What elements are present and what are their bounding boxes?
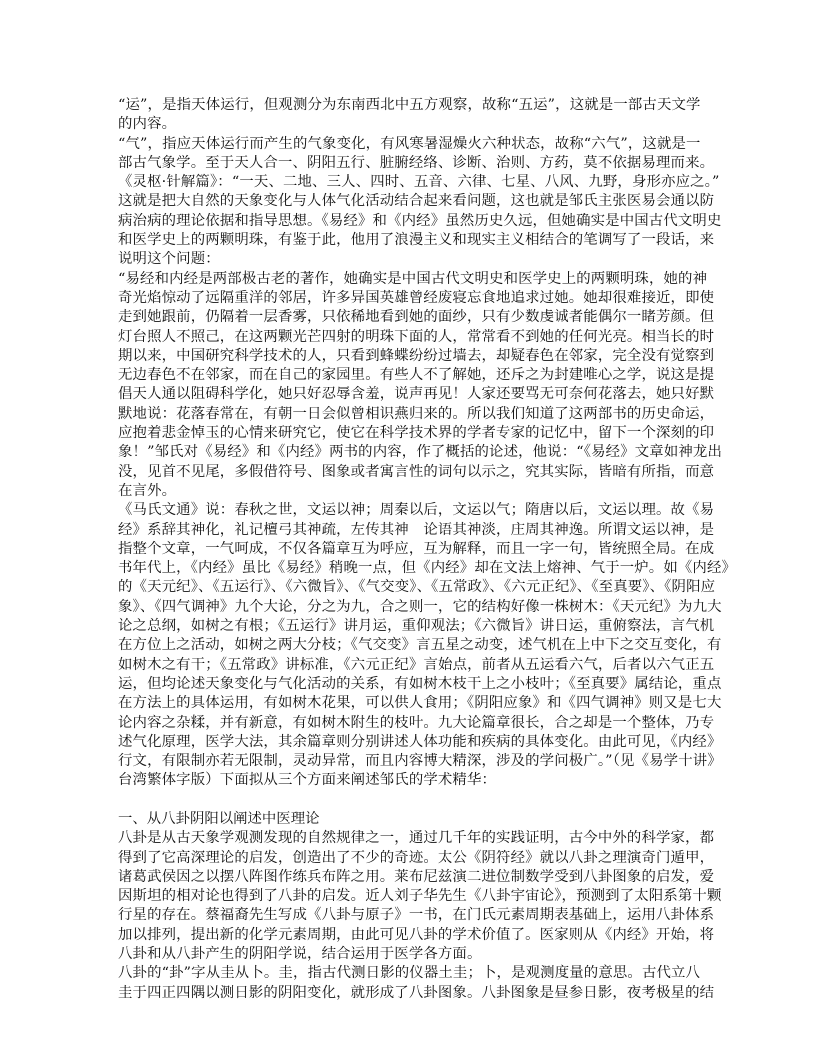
text-line: 得到了它高深理论的启发，创造出了不少的奇迹。太公《阴符经》就以八卦之理演奇门遁甲…: [118, 849, 698, 868]
text-line: 的内容。: [118, 115, 698, 134]
text-line: 台湾繁体字版）下面拟从三个方面来阐述邹氏的学术精华：: [118, 771, 698, 790]
text-line: 行星的存在。蔡福裔先生写成《八卦与原子》一书，在门氏元素周期表基础上，运用八卦体…: [118, 906, 698, 925]
paragraph-quote: “易经和内经是两部极古老的著作，她确实是中国古代文明史和医学史上的两颗明珠，她的…: [118, 270, 698, 502]
text-line: 期以来，中国研究科学技术的人，只看到蜂蝶纷纷过墙去，却疑春色在邻家，完全没有觉察…: [118, 347, 698, 366]
text-line: 因斯坦的相对论也得到了八卦的启发。近人刘子华先生《八卦宇宙论》，预测到了太阳系第…: [118, 887, 698, 906]
paragraph-mashiwentong: 《马氏文通》说：春秋之世，文运以神；周秦以后，文运以气；隋唐以后，文运以理。故《…: [118, 501, 698, 790]
text-line: 没，见首不见尾，多假借符号、图象或者寓言性的词句以示之，究其实际，皆暗有所指，而…: [118, 463, 698, 482]
text-line: 《灵枢·针解篇》：“一天、二地、三人、四时、五音、六律、七星、八风、九野，身形亦…: [118, 173, 698, 192]
paragraph-yun: “运”，是指天体运行，但观测分为东南西北中五方观察，故称“五运”，这就是一部古天…: [118, 96, 698, 135]
text-line: 病治病的理论依据和指导思想。《易经》和《内经》虽然历史久远，但她确实是中国古代文…: [118, 212, 698, 231]
text-line: 和医学史上的两颗明珠，有鉴于此，他用了浪漫主义和现实主义相结合的笔调写了一段话，…: [118, 231, 698, 250]
text-line: 运，但均论述天象变化与气化活动的关系，有如树木枝干上之小枝叶；《至真要》属结论，…: [118, 675, 698, 694]
text-line: 在言外。: [118, 482, 698, 501]
text-line: 奇光焰惊动了远隔重洋的邻居，许多异国英雄曾经废寝忘食地追求过她。她却很难接近，即…: [118, 289, 698, 308]
text-line: 如树木之有干；《五常政》讲标准，《六元正纪》言始点，前者从五运看六气，后者以六气…: [118, 656, 698, 675]
paragraph-qi: “气”，指应天体运行而产生的气象变化，有风寒暑湿燥火六种状态，故称“六气”，这就…: [118, 135, 698, 270]
text-line: 无边春色不在邻家，而在自己的家园里。有些人不了解她，还斥之为封建唯心之学，说这是…: [118, 366, 698, 385]
text-line: 默地说：花落春常在，有朝一日会似曾相识燕归来的。所以我们知道了这两部书的历史命运…: [118, 405, 698, 424]
text-line: 书年代上，《内经》虽比《易经》稍晚一点，但《内经》却在文法上熔神、气于一炉。如《…: [118, 559, 698, 578]
blank-line: [118, 791, 698, 810]
text-line: 应抱着悲金悼玉的心情来研究它，使它在科学技术界的学者专家的记忆中，留下一个深刻的…: [118, 424, 698, 443]
text-line: 行文，有限制亦若无限制，灵动异常，而且内容博大精深，涉及的学问极广。”（见《易学…: [118, 752, 698, 771]
text-line: 八卦是从古天象学观测发现的自然规律之一，通过几千年的实践证明，古今中外的科学家，…: [118, 829, 698, 848]
text-line: 诸葛武侯因之以摆八阵图作练兵布阵之用。莱布尼兹演二进位制数学受到八卦图象的启发，…: [118, 868, 698, 887]
text-line: 述气化原理，医学大法，其余篇章则分别讲述人体功能和疾病的具体变化。由此可见，《内…: [118, 733, 698, 752]
text-line: 论内容之杂糅，并有新意，有如树木附生的枝叶。九大论篇章很长，合之却是一个整体，乃…: [118, 714, 698, 733]
text-line: 倡天人通以阻碍科学化，她只好忍辱含羞，说声再见！人家还要骂无可奈何花落去，她只好…: [118, 385, 698, 404]
text-line: 走到她跟前，仍隔着一层香雾，只依稀地看到她的面纱，只有少数虔诚者能偶尔一睹芳颜。…: [118, 308, 698, 327]
text-line: 指整个文章，一气呵成，不仅各篇章互为呼应，互为解释，而且一字一句，皆统照全局。在…: [118, 540, 698, 559]
text-line: 八卦和从八卦产生的阴阳学说，结合运用于医学各方面。: [118, 945, 698, 964]
paragraph-bagua-intro: 八卦是从古天象学观测发现的自然规律之一，通过几千年的实践证明，古今中外的科学家，…: [118, 829, 698, 964]
paragraph-gua-char: 八卦的“卦”字从圭从卜。圭，指古代测日影的仪器土圭；卜，是观测度量的意思。古代立…: [118, 964, 698, 1003]
text-line: 经》系辞其神化，礼记檀弓其神疏，左传其神 论语其神淡，庄周其神逸。所谓文运以神，…: [118, 521, 698, 540]
text-line: 在方位上之活动，如树之两大分枝；《气交变》言五星之动变，述气机在上中下之交互变化…: [118, 636, 698, 655]
text-line: 这就是把大自然的天象变化与人体气化活动结合起来看问题，这也就是邹氏主张医易会通以…: [118, 192, 698, 211]
text-line: 的《天元纪》、《五运行》、《六微旨》、《气交变》、《五常政》、《六元正纪》、《至…: [118, 578, 698, 597]
document-page: “运”，是指天体运行，但观测分为东南西北中五方观察，故称“五运”，这就是一部古天…: [118, 96, 698, 1003]
text-line: 象！”邹氏对《易经》和《内经》两书的内容，作了概括的论述，他说：“《易经》文章如…: [118, 443, 698, 462]
text-line: “气”，指应天体运行而产生的气象变化，有风寒暑湿燥火六种状态，故称“六气”，这就…: [118, 135, 698, 154]
text-line: 圭于四正四隅以测日影的阴阳变化，就形成了八卦图象。八卦图象是昼参日影，夜考极星的…: [118, 984, 698, 1003]
text-line: 象》、《四气调神》九个大论，分之为九，合之则一，它的结构好像一株树木：《天元纪》…: [118, 598, 698, 617]
section-heading: 一、从八卦阴阳以阐述中医理论: [118, 810, 698, 829]
text-line: 说明这个问题：: [118, 250, 698, 269]
text-line: 在方法上的具体运用，有如树木花果，可以供人食用；《阴阳应象》和《四气调神》则又是…: [118, 694, 698, 713]
text-line: “运”，是指天体运行，但观测分为东南西北中五方观察，故称“五运”，这就是一部古天…: [118, 96, 698, 115]
text-line: 灯台照人不照己，在这两颗光芒四射的明珠下面的人，常常看不到她的任何光亮。相当长的…: [118, 328, 698, 347]
text-line: 部古气象学。至于天人合一、阴阳五行、脏腑经络、诊断、治则、方药，莫不依据易理而来…: [118, 154, 698, 173]
text-line: 《马氏文通》说：春秋之世，文运以神；周秦以后，文运以气；隋唐以后，文运以理。故《…: [118, 501, 698, 520]
text-line: 论之总纲，如树之有根；《五运行》讲月运，重仰观法；《六微旨》讲日运，重俯察法，言…: [118, 617, 698, 636]
text-line: 八卦的“卦”字从圭从卜。圭，指古代测日影的仪器土圭；卜，是观测度量的意思。古代立…: [118, 964, 698, 983]
text-line: 加以排列，提出新的化学元素周期，由此可见八卦的学术价值了。医家则从《内经》开始，…: [118, 926, 698, 945]
text-line: “易经和内经是两部极古老的著作，她确实是中国古代文明史和医学史上的两颗明珠，她的…: [118, 270, 698, 289]
